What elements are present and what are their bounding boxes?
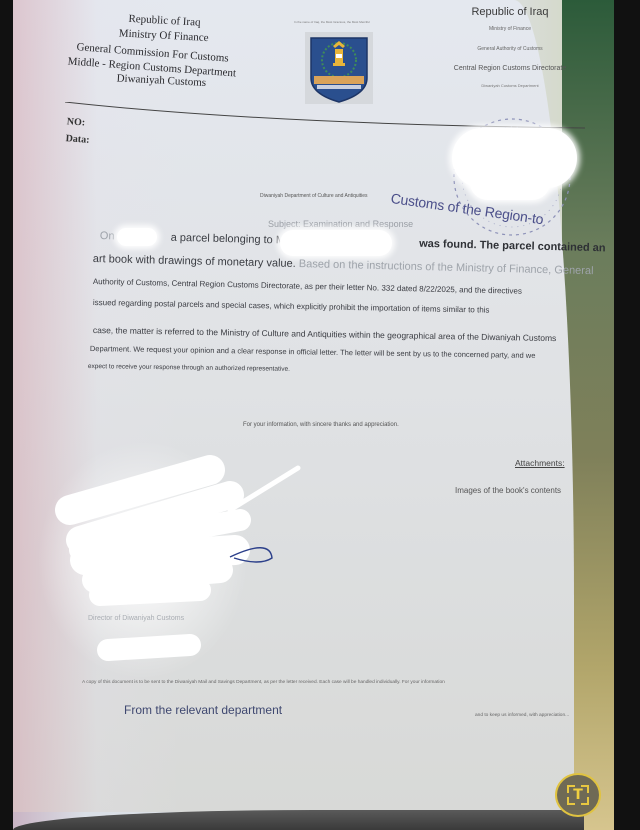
redaction-name — [280, 230, 392, 256]
letterhead-right: Republic of Iraq Ministry of Finance Gen… — [430, 6, 590, 88]
keep-informed-note: and to keep us informed, with appreciati… — [475, 713, 569, 718]
scan-corner-icon — [581, 797, 589, 805]
letterhead-right-line3: General Authority of Customs — [430, 46, 590, 52]
copy-note: A copy of this document is to be sent to… — [82, 680, 445, 685]
letterhead-right-line5: Diwaniyah Customs Department — [430, 83, 590, 88]
letterhead-right-line1: Republic of Iraq — [430, 6, 590, 18]
reference-block: NO: Data: — [65, 116, 91, 152]
redaction-stamp-lower — [470, 165, 550, 200]
date-label: Data: — [65, 133, 90, 146]
scan-corner-icon — [567, 797, 575, 805]
letterhead-right-line4: Central Region Customs Directorate — [430, 65, 590, 72]
recipient-line: Diwaniyah Department of Culture and Anti… — [260, 193, 368, 199]
subject-line: Subject: Examination and Response — [268, 219, 413, 229]
letterhead-left: Republic of Iraq Ministry Of Finance Gen… — [51, 8, 275, 94]
scan-corner-icon — [581, 785, 589, 793]
attachments-label: Attachments: — [515, 458, 565, 468]
customs-emblem-icon — [305, 32, 373, 104]
from-department: From the relevant department — [124, 703, 282, 717]
emblem-caption: In the name of Iraq, the Most Gracious, … — [294, 20, 384, 24]
redaction-date — [117, 228, 157, 246]
number-label: NO: — [66, 116, 91, 129]
closing-line: For your information, with sincere thank… — [243, 422, 399, 428]
signature-redaction — [40, 450, 320, 670]
attachment-item: Images of the book's contents — [455, 486, 561, 495]
scan-corner-icon — [567, 785, 575, 793]
paper-edge — [13, 810, 584, 830]
letterhead-right-line2: Ministry of Finance — [430, 26, 590, 32]
translate-text-button[interactable]: T — [555, 773, 601, 817]
signatory-title: Director of Diwaniyah Customs — [88, 615, 184, 622]
